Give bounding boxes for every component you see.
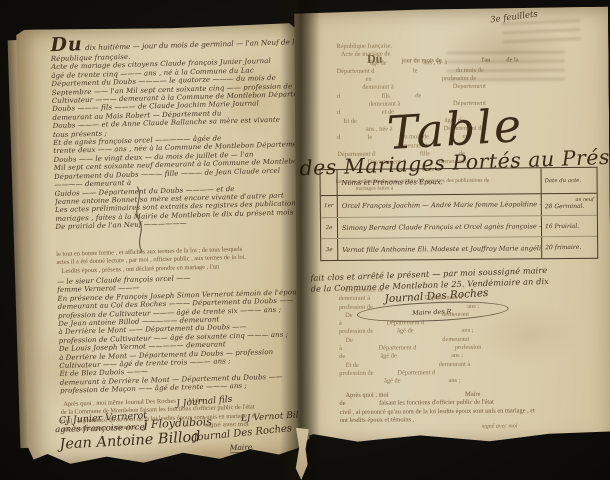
table-header-date-cell: Date du acte. bbox=[540, 168, 596, 193]
folio-corner-note: 3e feuillets bbox=[490, 9, 539, 25]
row-names-cell: Orcel François Joachim — André Marie fem… bbox=[338, 194, 541, 216]
row-number-cell: 3e bbox=[321, 239, 338, 260]
scanned-register-spread: Du dix huitième — jour du mois de germin… bbox=[0, 0, 610, 480]
table-header-num-cell bbox=[320, 170, 337, 195]
row-date: 16 Prairial. bbox=[545, 222, 597, 229]
printed-line: âgé de ans ; bbox=[339, 376, 601, 387]
row-number-cell: 1er bbox=[321, 196, 338, 217]
row-number: 1er bbox=[324, 203, 334, 209]
row-number-cell: 2e bbox=[321, 218, 338, 239]
row-number: 3e bbox=[326, 247, 333, 253]
row-date: 28 Germinal. bbox=[545, 203, 597, 210]
row-names: Vernot fille Anthonine Eli. Modeste et J… bbox=[342, 244, 541, 254]
row-date: 20 frimaire. bbox=[545, 244, 597, 251]
table-header-row: Noms et Prénoms des Époux. Date du acte. bbox=[320, 168, 596, 196]
blank-form-witness-lines: En présence dedemeurant à Département dp… bbox=[339, 285, 602, 387]
legal-formula-print-lines: le tout en bonne forme , et affichés aux… bbox=[56, 244, 301, 276]
row-names-cell: Vernot fille Anthonine Eli. Modeste et J… bbox=[338, 238, 541, 260]
book-gutter-shadow bbox=[280, 0, 320, 480]
row-number: 2e bbox=[326, 225, 333, 231]
left-manuscript-page: Du dix huitième — jour du mois de germin… bbox=[16, 22, 310, 466]
row-names: Orcel François Joachim — André Marie fem… bbox=[342, 200, 541, 210]
signed-with-me-note: signé avec moi bbox=[482, 423, 518, 429]
row-names: Simony Bernard Claude François et Orcel … bbox=[342, 222, 541, 232]
table-header-names-label: Noms et Prénoms des Époux. bbox=[342, 178, 443, 187]
signature-maire-title: Maire bbox=[230, 443, 253, 454]
page-crease-mark bbox=[128, 184, 152, 257]
table-row: 1er Orcel François Joachim — André Marie… bbox=[321, 194, 597, 218]
act-initial-du: Du bbox=[50, 33, 83, 56]
printed-line: ont lesdits époux et témoins , bbox=[340, 415, 602, 426]
table-row: 3e Vernot fille Anthonine Eli. Modeste e… bbox=[321, 237, 597, 260]
row-date-cell: 20 frimaire. bbox=[541, 237, 597, 258]
witnesses-section-lines: — le sieur Claude françois orcel ——femme… bbox=[57, 271, 304, 395]
foxing-mark: ▲ bbox=[524, 436, 529, 443]
marriage-act-body-lines: République française.Acte de mariage des… bbox=[51, 48, 300, 231]
table-header-date-label: Date du acte. bbox=[545, 177, 597, 183]
marriage-index-table: Noms et Prénoms des Époux. Date du acte.… bbox=[319, 167, 598, 261]
row-date-cell: an neuf 28 Germinal. bbox=[541, 194, 597, 215]
row-date-cell: 16 Prairial. bbox=[541, 215, 597, 236]
table-header-names-cell: Noms et Prénoms des Époux. bbox=[337, 168, 540, 195]
right-table-page: 3e feuillets Du jour du mois de l'an de … bbox=[294, 7, 610, 448]
blank-form-closing-lines: Après quoi , moi Mairede faisant les fon… bbox=[339, 390, 601, 425]
table-row: 2e Simony Bernard Claude François et Orc… bbox=[321, 215, 597, 239]
row-names-cell: Simony Bernard Claude François et Orcel … bbox=[338, 216, 541, 238]
